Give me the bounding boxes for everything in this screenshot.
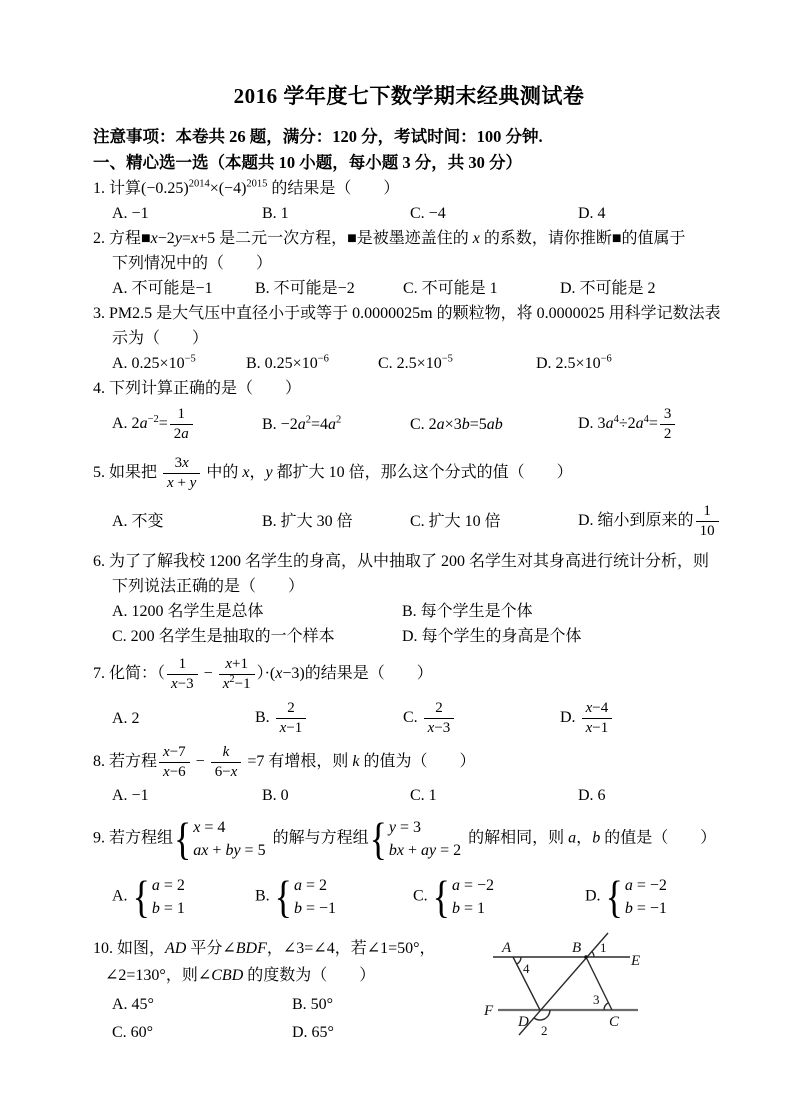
option-a: A. 不变 [112, 509, 262, 534]
angle1-arc [591, 951, 594, 957]
label-angle-4: 4 [523, 961, 530, 976]
question-1: 1. 计算(−0.25)2014×(−4)2015 的结果是（ ） A. −1 … [93, 176, 725, 226]
question-5-options: A. 不变 B. 扩大 30 倍 C. 扩大 10 倍 D. 缩小到原来的110 [93, 498, 725, 545]
question-4-text: 4. 下列计算正确的是（ ） [93, 376, 725, 401]
option-a: A. 1200 名学生是总体 [112, 599, 402, 624]
option-a: A. −1 [112, 201, 262, 226]
label-E: E [630, 953, 640, 969]
label-B: B [572, 940, 581, 956]
option-d: D. 不可能是 2 [560, 276, 725, 301]
option-d: D. {a = −2b = −1 [585, 872, 725, 922]
exam-content: 2016 学年度七下数学期末经典测试卷 注意事项：本卷共 26 题，满分：120… [93, 84, 725, 1047]
question-3-text: 3. PM2.5 是大气压中直径小于或等于 0.0000025m 的颗粒物，将 … [93, 301, 725, 326]
option-d: D. 2.5×10−6 [536, 351, 725, 376]
question-3-options: A. 0.25×10−5 B. 0.25×10−6 C. 2.5×10−5 D.… [93, 351, 725, 376]
question-7: 7. 化简：（1x−3 − x+1x2−1）·(x−3)的结果是（ ） A. 2… [93, 654, 725, 742]
angle4-arc [517, 957, 521, 964]
option-c: C. {a = −2b = 1 [413, 872, 585, 922]
option-c: C. 2a×3b=5ab [410, 412, 578, 437]
label-angle-2: 2 [541, 1023, 548, 1038]
question-1-options: A. −1 B. 1 C. −4 D. 4 [93, 201, 725, 226]
option-a: A. 2 [112, 706, 255, 731]
question-9-options: A. {a = 2b = 1 B. {a = 2b = −1 C. {a = −… [93, 872, 725, 922]
option-a: A. 45° [112, 991, 292, 1019]
question-2: 2. 方程■x−2y=x+5 是二元一次方程，■是被墨迹盖住的 x 的系数，请你… [93, 226, 725, 301]
option-c: C. 1 [410, 783, 578, 808]
option-c: C. 扩大 10 倍 [410, 509, 578, 534]
label-D: D [517, 1014, 529, 1030]
question-7-options: A. 2 B. 2x−1 C. 2x−3 D. x−4x−1 [93, 695, 725, 742]
option-a: A. {a = 2b = 1 [112, 872, 255, 922]
option-a: A. −1 [112, 783, 262, 808]
question-6-text: 6. 为了了解我校 1200 名学生的身高，从中抽取了 200 名学生对其身高进… [93, 549, 725, 574]
option-d: D. 每个学生的身高是个体 [402, 624, 725, 649]
question-5-text: 5. 如果把 3xx + y 中的 x，y 都扩大 10 倍，那么这个分式的值（… [93, 453, 725, 494]
question-8-text: 8. 若方程x−7x−6 − k6−x =7 有增根，则 k 的值为（ ） [93, 742, 725, 783]
question-8-options: A. −1 B. 0 C. 1 D. 6 [93, 783, 725, 808]
option-b: B. 1 [262, 201, 410, 226]
option-c: C. −4 [410, 201, 578, 226]
option-b: B. 不可能是−2 [255, 276, 403, 301]
section-heading: 一、精心选一选（本题共 10 小题，每小题 3 分，共 30 分） [93, 150, 725, 176]
geometry-figure: A B E F D C 1 4 3 2 [468, 924, 723, 1064]
question-6: 6. 为了了解我校 1200 名学生的身高，从中抽取了 200 名学生对其身高进… [93, 549, 725, 649]
question-4-options: A. 2a−2=12a B. −2a2=4a2 C. 2a×3b=5ab D. … [93, 401, 725, 448]
option-b: B. {a = 2b = −1 [255, 872, 413, 922]
option-d: D. 3a4÷2a4=32 [578, 404, 725, 445]
option-c: C. 200 名学生是抽取的一个样本 [112, 624, 402, 649]
question-3-text2: 示为（ ） [93, 326, 725, 351]
question-2-options: A. 不可能是−1 B. 不可能是−2 C. 不可能是 1 D. 不可能是 2 [93, 276, 725, 301]
notice-line: 注意事项：本卷共 26 题，满分：120 分，考试时间：100 分钟. [93, 124, 725, 150]
question-6-text2: 下列说法正确的是（ ） [93, 574, 725, 599]
question-2-text2: 下列情况中的（ ） [93, 251, 725, 276]
question-1-text: 1. 计算(−0.25)2014×(−4)2015 的结果是（ ） [93, 176, 725, 201]
question-10: 10. 如图，AD 平分∠BDF，∠3=∠4，若∠1=50°， ∠2=130°，… [93, 936, 725, 1047]
question-5: 5. 如果把 3xx + y 中的 x，y 都扩大 10 倍，那么这个分式的值（… [93, 453, 725, 545]
option-b: B. 2x−1 [255, 698, 403, 739]
label-C: C [609, 1014, 620, 1030]
label-A: A [501, 940, 512, 956]
option-b: B. 0 [262, 783, 410, 808]
label-F: F [483, 1003, 494, 1019]
option-a: A. 2a−2=12a [112, 404, 262, 445]
label-angle-3: 3 [593, 992, 600, 1007]
option-b: B. 扩大 30 倍 [262, 509, 410, 534]
option-b: B. 每个学生是个体 [402, 599, 725, 624]
option-d: D. 缩小到原来的110 [578, 501, 725, 542]
option-b: B. 0.25×10−6 [246, 351, 378, 376]
label-angle-1: 1 [600, 940, 607, 955]
option-d: D. 6 [578, 783, 725, 808]
option-c: C. 不可能是 1 [403, 276, 560, 301]
question-9-text: 9. 若方程组{x = 4ax + by = 5 的解与方程组{y = 3bx … [93, 814, 725, 864]
question-4: 4. 下列计算正确的是（ ） A. 2a−2=12a B. −2a2=4a2 C… [93, 376, 725, 448]
option-d: D. 4 [578, 201, 725, 226]
line-through-BD [519, 933, 608, 1035]
question-8: 8. 若方程x−7x−6 − k6−x =7 有增根，则 k 的值为（ ） A.… [93, 742, 725, 808]
option-c: C. 2x−3 [403, 698, 560, 739]
question-3: 3. PM2.5 是大气压中直径小于或等于 0.0000025m 的颗粒物，将 … [93, 301, 725, 376]
option-a: A. 0.25×10−5 [112, 351, 246, 376]
option-c: C. 60° [112, 1019, 292, 1047]
option-c: C. 2.5×10−5 [378, 351, 536, 376]
option-b: B. −2a2=4a2 [262, 412, 410, 437]
option-d: D. x−4x−1 [560, 698, 725, 739]
page-title: 2016 学年度七下数学期末经典测试卷 [93, 84, 725, 109]
point-B-dot [584, 955, 588, 959]
question-2-text: 2. 方程■x−2y=x+5 是二元一次方程，■是被墨迹盖住的 x 的系数，请你… [93, 226, 725, 251]
question-6-options: A. 1200 名学生是总体 B. 每个学生是个体 C. 200 名学生是抽取的… [93, 599, 725, 649]
exam-page: 2016 学年度七下数学期末经典测试卷 注意事项：本卷共 26 题，满分：120… [0, 0, 800, 1107]
question-7-text: 7. 化简：（1x−3 − x+1x2−1）·(x−3)的结果是（ ） [93, 654, 725, 695]
option-a: A. 不可能是−1 [112, 276, 255, 301]
question-9: 9. 若方程组{x = 4ax + by = 5 的解与方程组{y = 3bx … [93, 814, 725, 922]
